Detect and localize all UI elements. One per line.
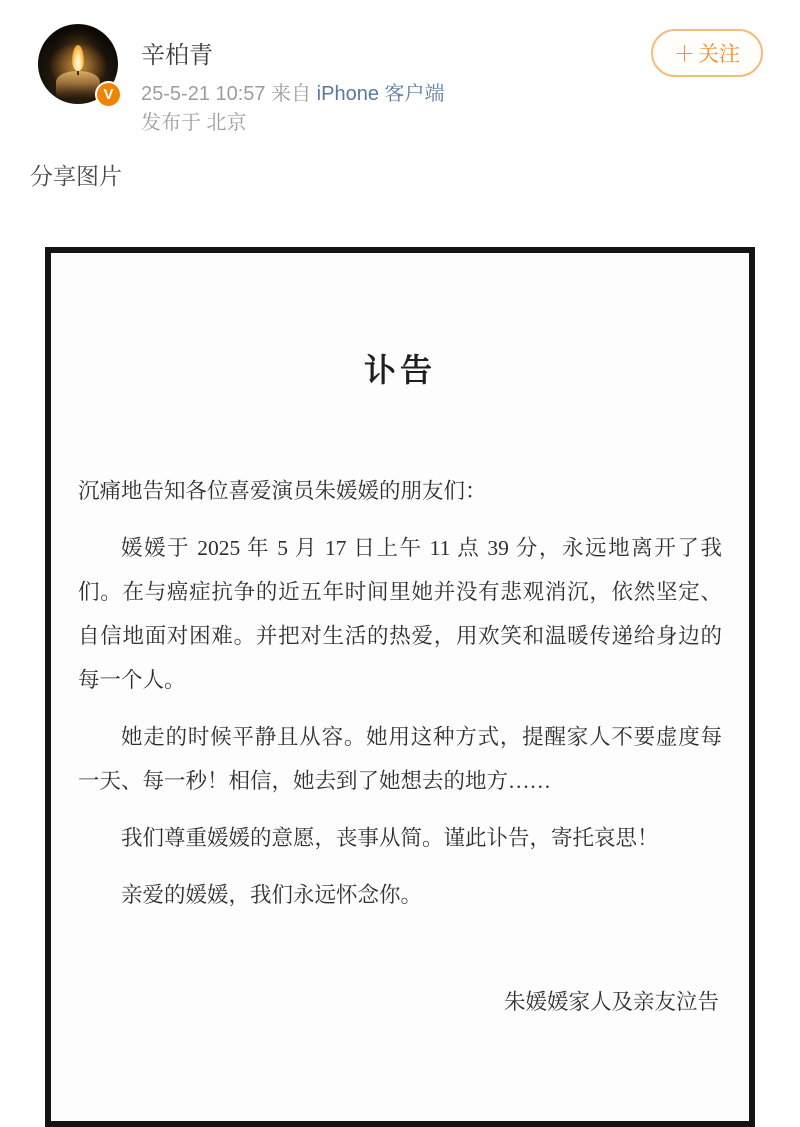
source-prefix: 来自 xyxy=(271,83,311,105)
post-meta: 25-5-21 10:57 来自 iPhone 客户端 xyxy=(141,77,445,106)
candle-body xyxy=(56,71,100,99)
follow-button[interactable]: ＋ 关注 xyxy=(651,29,763,77)
notice-paragraph: 我们尊重媛媛的意愿，丧事从简。谨此讣告，寄托哀思！ xyxy=(78,816,722,860)
post-location: 发布于 北京 xyxy=(141,106,247,135)
obituary-notice: 讣告 沉痛地告知各位喜爱演员朱媛媛的朋友们： 媛媛于 2025 年 5 月 17… xyxy=(51,253,749,1052)
candle-flame xyxy=(72,45,84,71)
notice-paragraph: 亲爱的媛媛，我们永远怀念你。 xyxy=(78,873,722,917)
notice-title: 讣告 xyxy=(78,253,722,391)
follow-button-label: 关注 xyxy=(698,38,740,68)
source-link[interactable]: iPhone 客户端 xyxy=(317,83,445,105)
post-timestamp: 25-5-21 10:57 xyxy=(141,83,266,105)
verified-badge-icon: V xyxy=(95,81,122,108)
plus-icon: ＋ xyxy=(674,38,695,68)
obituary-image[interactable]: 讣告 沉痛地告知各位喜爱演员朱媛媛的朋友们： 媛媛于 2025 年 5 月 17… xyxy=(45,247,755,1052)
notice-paragraph: 她走的时候平静且从容。她用这种方式，提醒家人不要虚度每一天、每一秒！相信，她去到… xyxy=(78,715,722,803)
notice-paragraph: 媛媛于 2025 年 5 月 17 日上午 11 点 39 分，永远地离开了我们… xyxy=(78,526,722,702)
notice-salutation: 沉痛地告知各位喜爱演员朱媛媛的朋友们： xyxy=(78,469,722,513)
avatar[interactable]: V xyxy=(38,24,118,104)
notice-body: 沉痛地告知各位喜爱演员朱媛媛的朋友们： 媛媛于 2025 年 5 月 17 日上… xyxy=(78,469,722,917)
author-name[interactable]: 辛柏青 xyxy=(141,35,213,70)
post-text: 分享图片 xyxy=(30,158,122,191)
notice-signature: 朱媛媛家人及亲友泣告 xyxy=(504,985,719,1016)
post-header: V 辛柏青 25-5-21 10:57 来自 iPhone 客户端 发布于 北京… xyxy=(0,0,800,150)
